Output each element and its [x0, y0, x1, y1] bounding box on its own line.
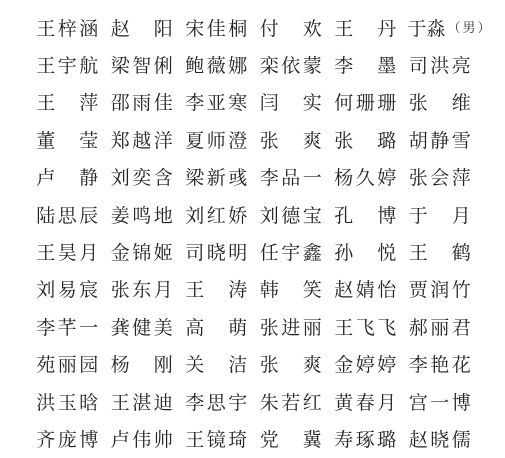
name-entry: 张爽	[259, 353, 334, 377]
name-entry: 李墨	[333, 54, 408, 78]
name-entry: 刘红娇	[184, 204, 259, 228]
name-entry: 刘易宸	[35, 278, 110, 302]
name-entry: 杨刚	[110, 353, 185, 377]
name-entry: 高萌	[184, 316, 259, 340]
name-entry: 孙悦	[333, 241, 408, 265]
name-entry: 龚健美	[110, 316, 185, 340]
name-entry: 梁新彧	[184, 166, 259, 190]
name-entry: 黄春月	[333, 391, 408, 415]
name-row: 李芊一龚健美高萌张进丽王飞飞郝丽君	[35, 309, 505, 346]
name-entry: 李芊一	[35, 316, 110, 340]
name-entry: 卢静	[35, 166, 110, 190]
name-entry: 任宇鑫	[259, 241, 334, 265]
name-entry: 张爽	[259, 129, 334, 153]
name-entry: 何珊珊	[333, 91, 408, 115]
name-entry: 王镜琦	[184, 428, 259, 452]
name-entry: 宋佳桐	[184, 17, 259, 41]
name-entry: 李亚寒	[184, 91, 259, 115]
name-entry: 郝丽君	[408, 316, 483, 340]
name-row: 齐庞博卢伟帅王镜琦党冀寿琢璐赵晓儒	[35, 421, 505, 458]
name-entry: 王飞飞	[333, 316, 408, 340]
name-entry: 寿琢璐	[333, 428, 408, 452]
name-entry: 李艳花	[408, 353, 483, 377]
name-entry: 姜鸣地	[110, 204, 185, 228]
name-entry: 王昊月	[35, 241, 110, 265]
name-entry: 卢伟帅	[110, 428, 185, 452]
name-entry: 赵晓儒	[408, 428, 483, 452]
name-entry: 齐庞博	[35, 428, 110, 452]
name-entry: 董莹	[35, 129, 110, 153]
name-entry: 陆思辰	[35, 204, 110, 228]
name-entry: 张维	[408, 91, 483, 115]
name-entry: 赵婧怡	[333, 278, 408, 302]
name-row: 卢静刘奕含梁新彧李品一杨久婷张会萍	[35, 160, 505, 197]
name-entry: 司晓明	[184, 241, 259, 265]
name-entry: 郑越洋	[110, 129, 185, 153]
name-row: 王昊月金锦姬司晓明任宇鑫孙悦王鹤	[35, 234, 505, 271]
name-list: 王梓涵赵阳宋佳桐付欢王丹于淼（男）王宇航梁智俐鲍薇娜栾依蒙李墨司洪亮王萍邵雨佳李…	[35, 10, 505, 458]
name-entry: 张进丽	[259, 316, 334, 340]
name-entry: 贾润竹	[408, 278, 483, 302]
name-entry: 王宇航	[35, 54, 110, 78]
name-row: 王宇航梁智俐鲍薇娜栾依蒙李墨司洪亮	[35, 47, 505, 84]
name-entry: 王湛迪	[110, 391, 185, 415]
name-entry: 朱若红	[259, 391, 334, 415]
name-entry: 苑丽园	[35, 353, 110, 377]
name-entry: 王梓涵	[35, 17, 110, 41]
name-entry: 鲍薇娜	[184, 54, 259, 78]
name-row: 洪玉晗王湛迪李思宇朱若红黄春月宫一博	[35, 384, 505, 421]
name-entry: 梁智俐	[110, 54, 185, 78]
name-entry: 邵雨佳	[110, 91, 185, 115]
name-entry: 于淼（男）	[408, 17, 483, 41]
name-entry: 王涛	[184, 278, 259, 302]
name-entry: 金锦姬	[110, 241, 185, 265]
name-entry: 李思宇	[184, 391, 259, 415]
name-entry: 张东月	[110, 278, 185, 302]
name-entry: 关洁	[184, 353, 259, 377]
name-entry: 孔博	[333, 204, 408, 228]
name-entry: 刘奕含	[110, 166, 185, 190]
name-entry: 张璐	[333, 129, 408, 153]
name-entry: 李品一	[259, 166, 334, 190]
name-entry: 王鹤	[408, 241, 483, 265]
name-entry: 王丹	[333, 17, 408, 41]
name-row: 王萍邵雨佳李亚寒闫实何珊珊张维	[35, 85, 505, 122]
name-entry: 刘德宝	[259, 204, 334, 228]
name-entry: 夏师澄	[184, 129, 259, 153]
gender-note: （男）	[448, 17, 493, 41]
name-row: 苑丽园杨刚关洁张爽金婷婷李艳花	[35, 347, 505, 384]
name-row: 王梓涵赵阳宋佳桐付欢王丹于淼（男）	[35, 10, 505, 47]
name-entry: 胡静雪	[408, 129, 483, 153]
name-entry: 宫一博	[408, 391, 483, 415]
name-entry: 于月	[408, 204, 483, 228]
name-row: 陆思辰姜鸣地刘红娇刘德宝孔博于月	[35, 197, 505, 234]
name-entry: 栾依蒙	[259, 54, 334, 78]
name-entry: 金婷婷	[333, 353, 408, 377]
name-entry: 洪玉晗	[35, 391, 110, 415]
name-row: 董莹郑越洋夏师澄张爽张璐胡静雪	[35, 122, 505, 159]
name-entry: 司洪亮	[408, 54, 483, 78]
name-entry: 赵阳	[110, 17, 185, 41]
name-entry: 闫实	[259, 91, 334, 115]
name-entry: 杨久婷	[333, 166, 408, 190]
name-entry: 王萍	[35, 91, 110, 115]
name-row: 刘易宸张东月王涛韩笑赵婧怡贾润竹	[35, 272, 505, 309]
name-entry: 付欢	[259, 17, 334, 41]
name-entry: 韩笑	[259, 278, 334, 302]
name-entry: 张会萍	[408, 166, 483, 190]
name-entry: 党冀	[259, 428, 334, 452]
